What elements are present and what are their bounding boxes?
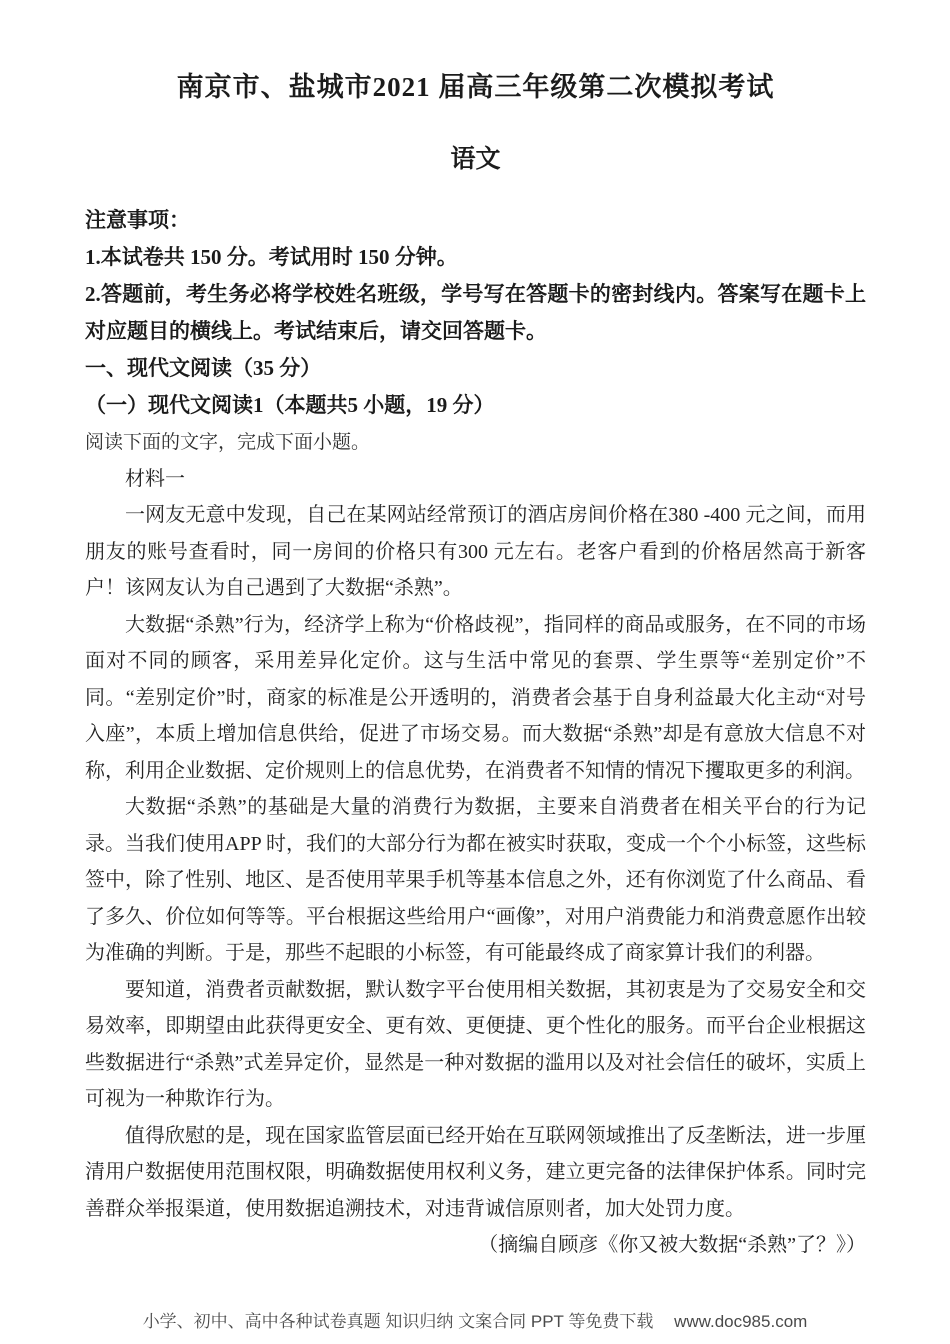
notices-label: 注意事项： [85, 202, 866, 239]
source-attribution: （摘编自顾彦《你又被大数据“杀熟”了？》） [85, 1227, 866, 1264]
material-paragraph-2: 大数据“杀熟”行为，经济学上称为“价格歧视”，指同样的商品或服务，在不同的市场面… [85, 607, 866, 790]
material-paragraph-3: 大数据“杀熟”的基础是大量的消费行为数据，主要来自消费者在相关平台的行为记录。当… [85, 789, 866, 972]
section-subheading-modern-reading-1: （一）现代文阅读1（本题共5 小题，19 分） [85, 387, 866, 424]
footer-watermark-text: 小学、初中、高中各种试卷真题 知识归纳 文案合同 PPT 等免费下载 [143, 1312, 654, 1331]
material-paragraph-1: 一网友无意中发现，自己在某网站经常预订的酒店房间价格在380 -400 元之间，… [85, 497, 866, 607]
notice-item-2: 2.答题前，考生务必将学校姓名班级，学号写在答题卡的密封线内。答案写在题卡上对应… [85, 276, 866, 350]
exam-paper-page: 南京市、盐城市2021 届高三年级第二次模拟考试 语文 注意事项： 1.本试卷共… [85, 0, 866, 1264]
section-heading-modern-reading: 一、现代文阅读（35 分） [85, 350, 866, 387]
footer-site-url: www.doc985.com [674, 1312, 807, 1331]
material-paragraph-5: 值得欣慰的是，现在国家监管层面已经开始在互联网领域推出了反垄断法，进一步厘清用户… [85, 1118, 866, 1228]
reading-instruction: 阅读下面的文字，完成下面小题。 [85, 424, 866, 461]
notice-item-1: 1.本试卷共 150 分。考试用时 150 分钟。 [85, 239, 866, 276]
exam-subject-title: 语文 [85, 144, 866, 176]
exam-title: 南京市、盐城市2021 届高三年级第二次模拟考试 [85, 70, 866, 104]
material-one-label: 材料一 [85, 461, 866, 497]
page-footer: 小学、初中、高中各种试卷真题 知识归纳 文案合同 PPT 等免费下载 www.d… [0, 1311, 950, 1333]
material-paragraph-4: 要知道，消费者贡献数据，默认数字平台使用相关数据，其初衷是为了交易安全和交易效率… [85, 972, 866, 1118]
